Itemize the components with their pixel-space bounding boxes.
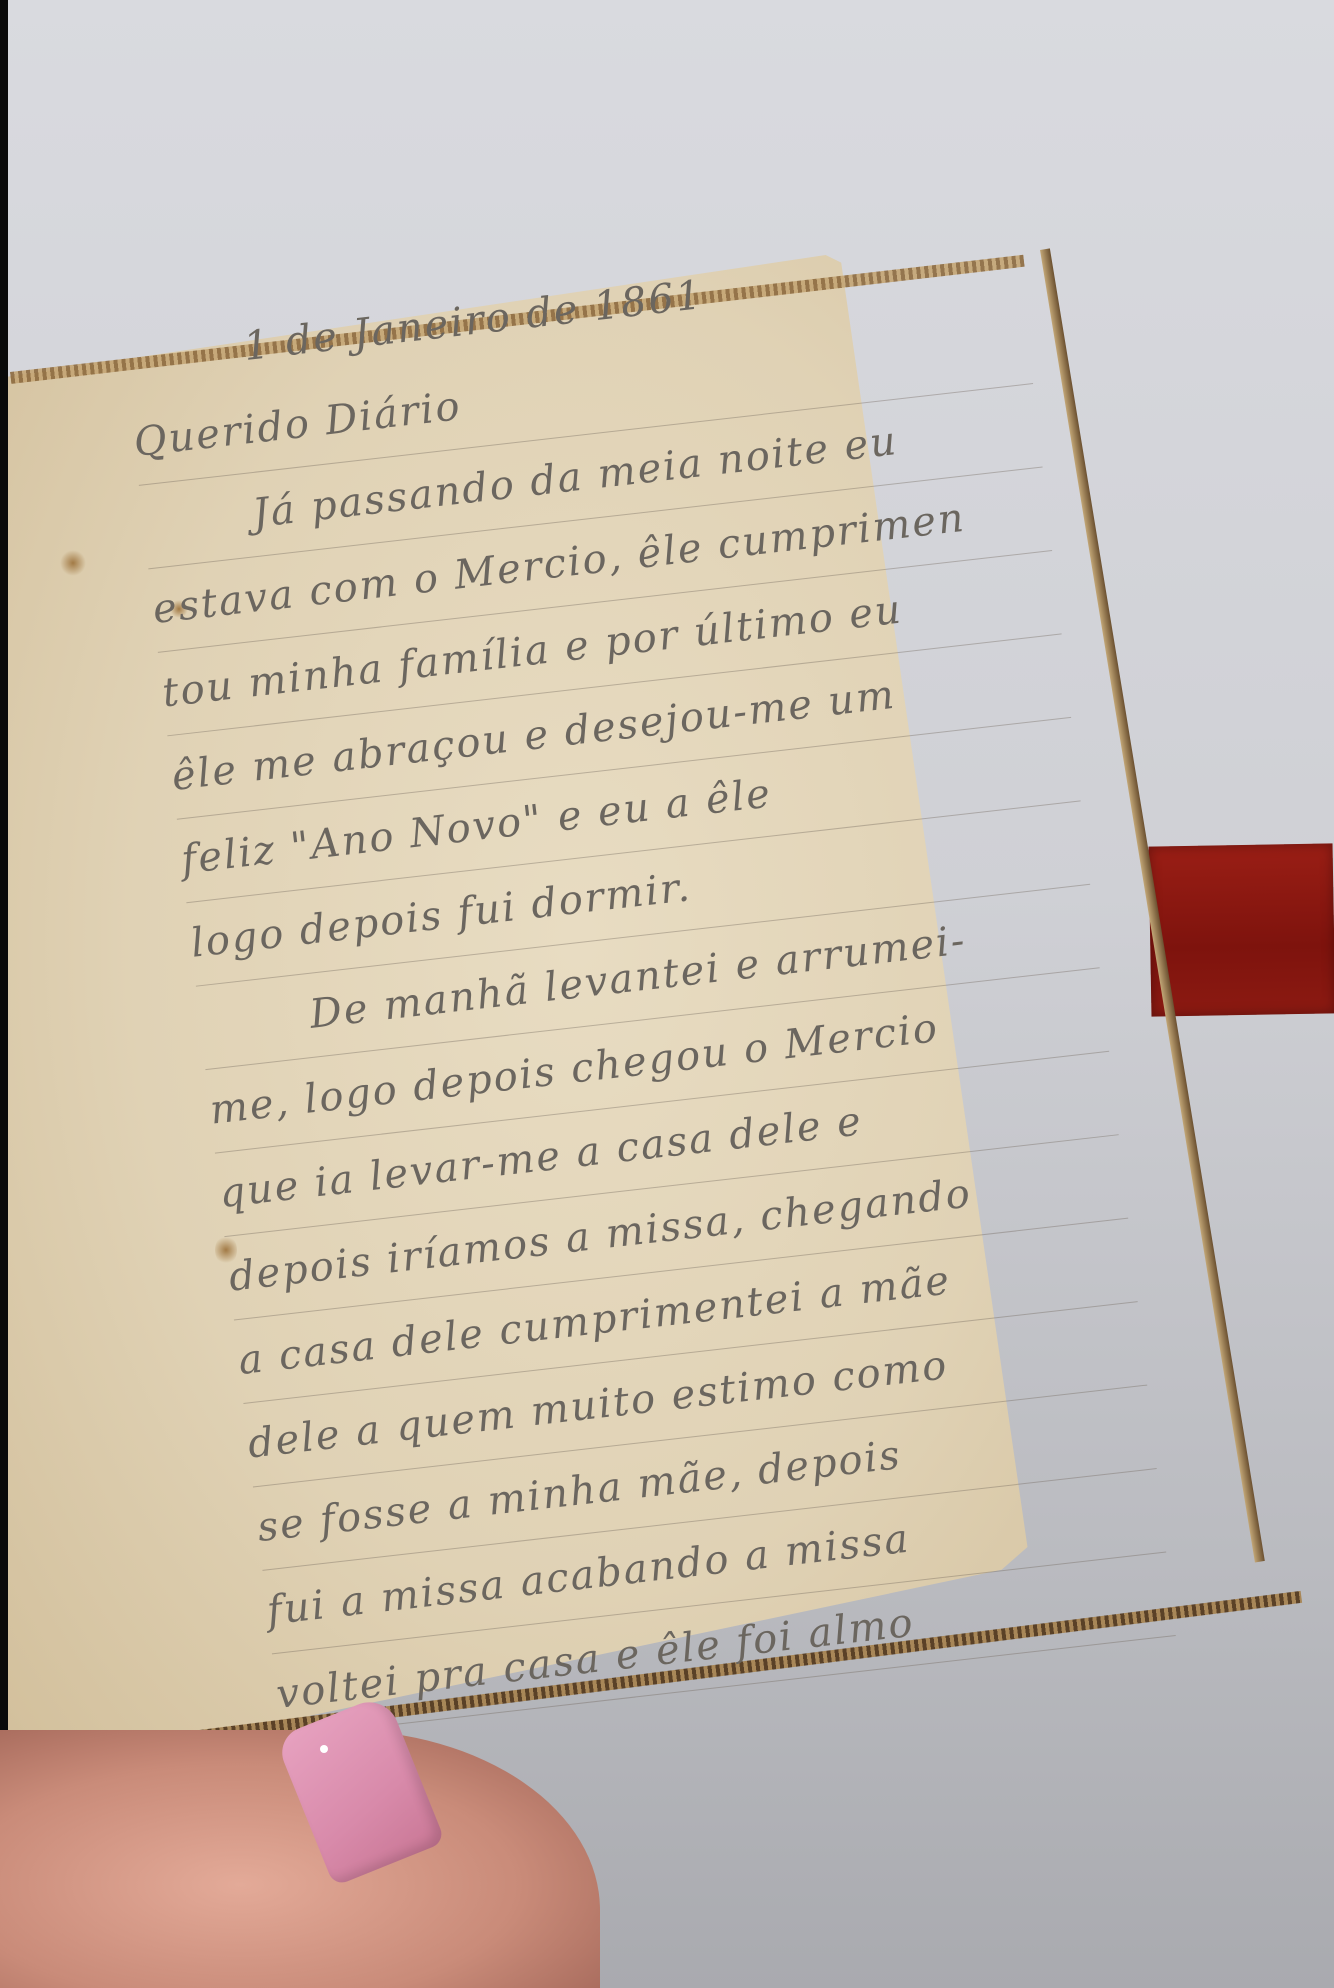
red-leather-strap <box>1149 843 1334 1016</box>
foxing-stain <box>60 550 86 576</box>
left-border <box>0 0 8 1988</box>
nail-highlight <box>320 1745 328 1753</box>
diary-text: 1 de Janeiro de 1861 Querido Diário Já p… <box>120 218 1176 1738</box>
photo-scene: 1 de Janeiro de 1861 Querido Diário Já p… <box>0 0 1334 1988</box>
